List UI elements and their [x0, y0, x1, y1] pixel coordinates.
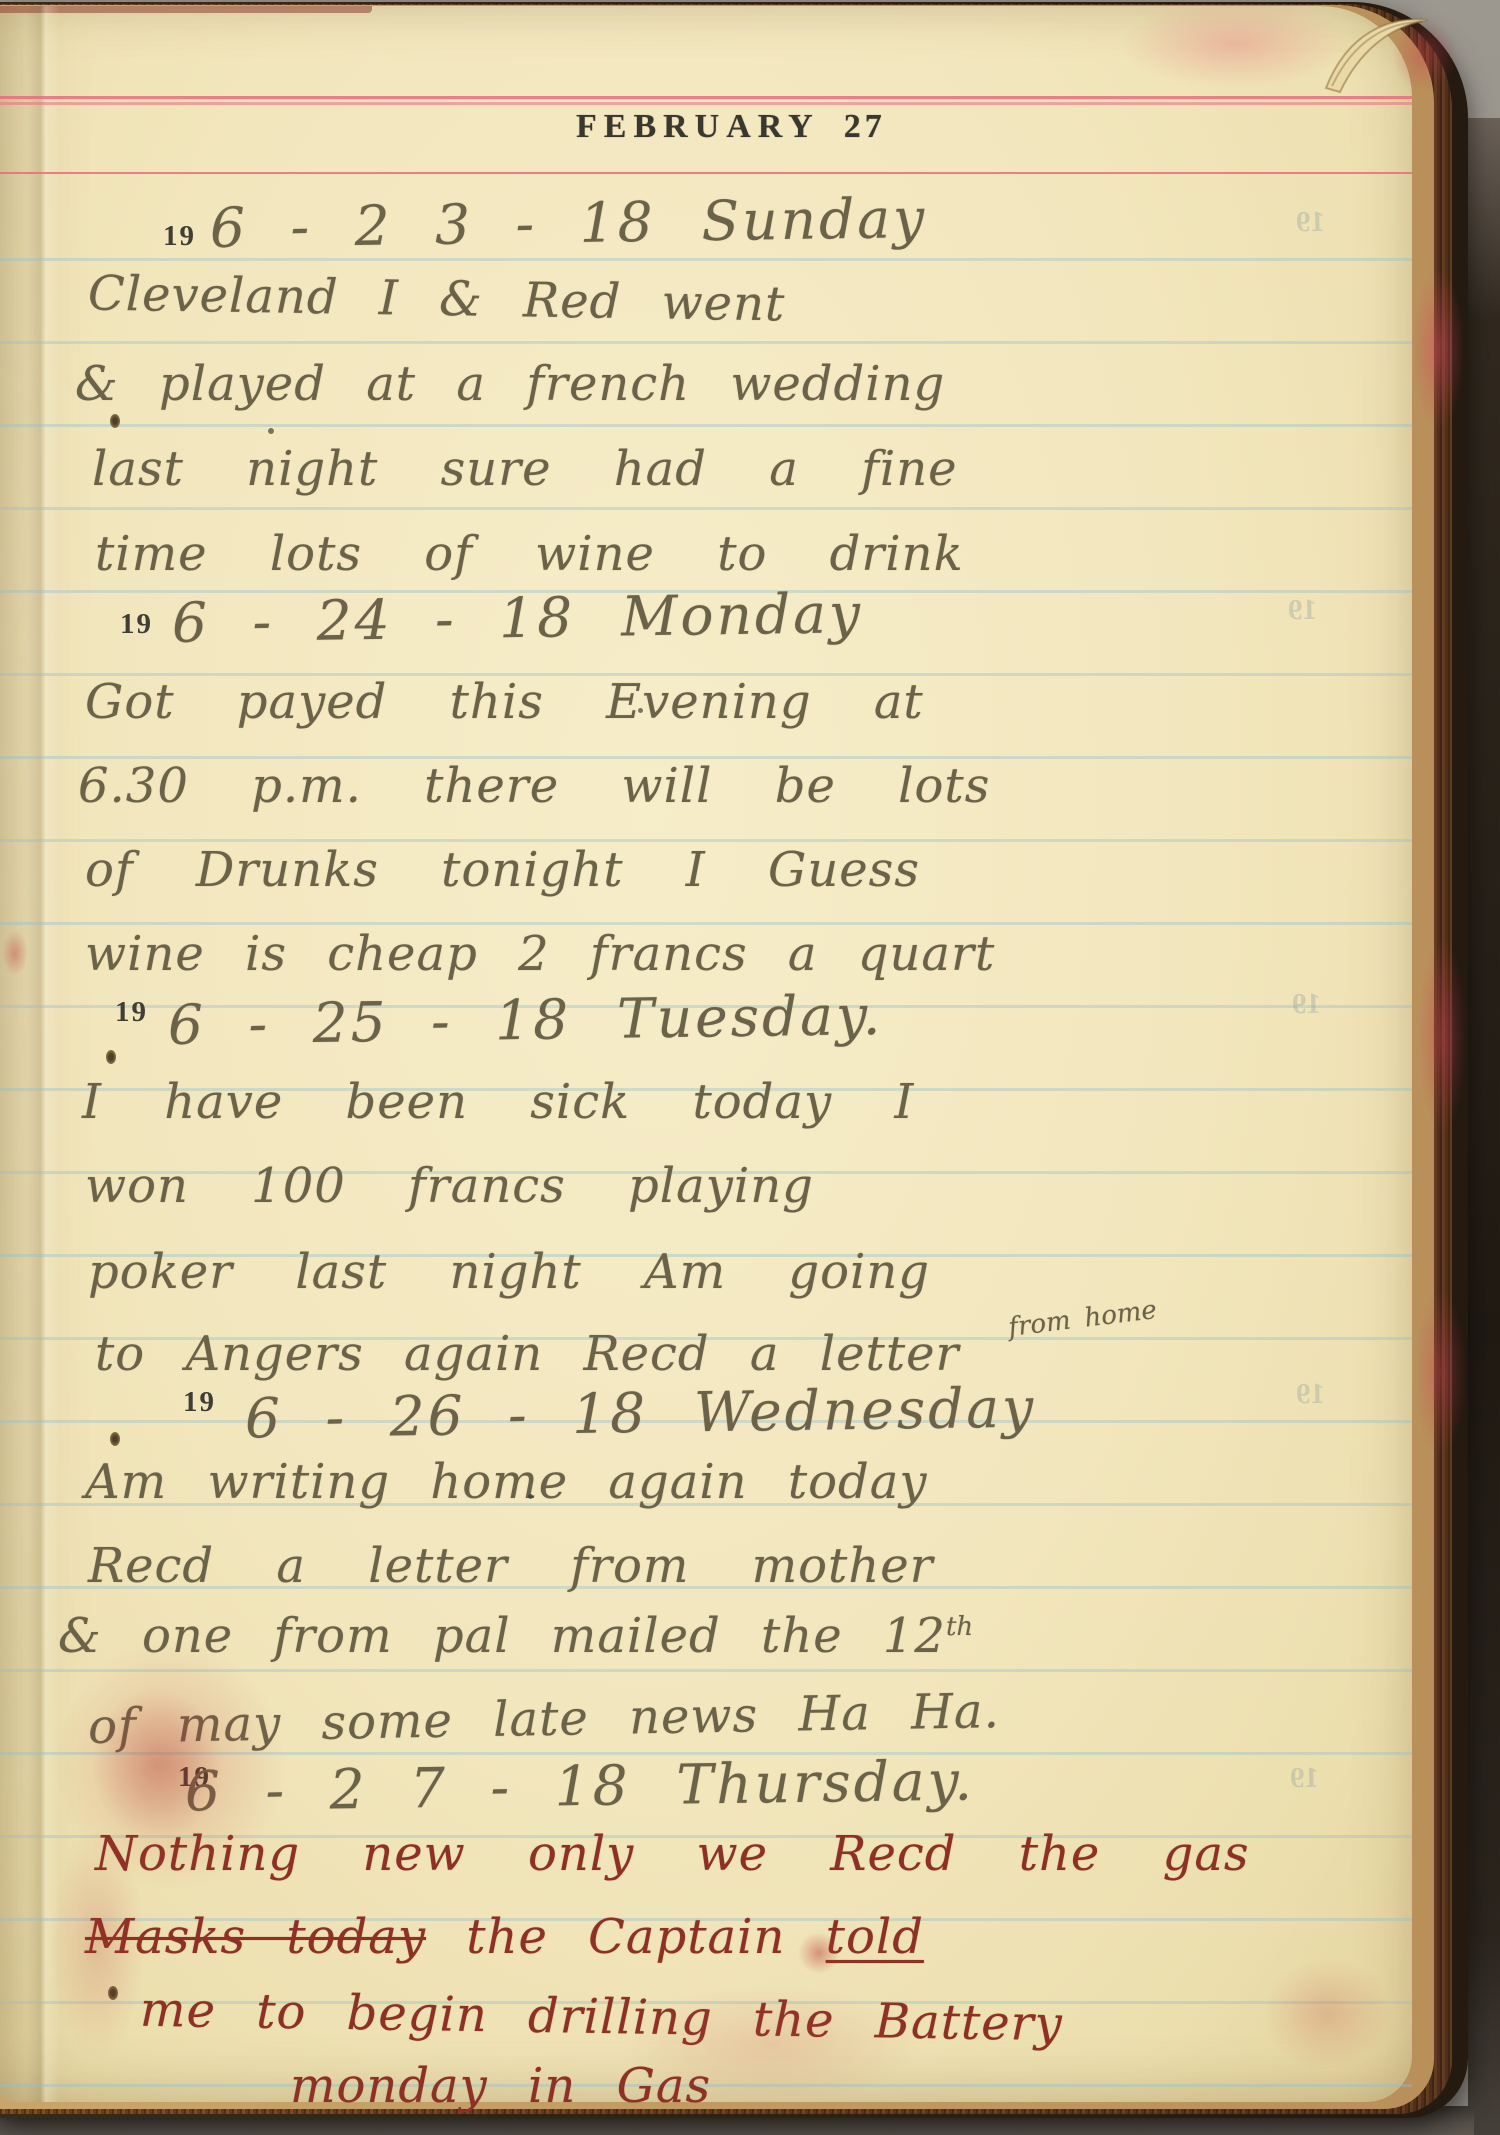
- entry-day: Wednesday: [694, 1375, 1037, 1444]
- printed-year-prefix: 19: [115, 996, 148, 1029]
- entry-date: 6 - 2 3 - 18: [210, 190, 656, 260]
- entry-line: last night sure had a fine: [92, 441, 958, 497]
- entry-line: Am writing home again today: [85, 1454, 927, 1510]
- printed-year-prefix: 19: [183, 1386, 216, 1419]
- entry-heading: 6 - 2 3 - 18Sunday: [210, 186, 928, 260]
- showthrough-year: 19: [1296, 1378, 1326, 1412]
- entry-day: Thursday.: [676, 1748, 975, 1816]
- entry-line: & one from pal mailed the 12th: [58, 1608, 973, 1664]
- pink-rule-top-1: [0, 96, 1412, 99]
- entry-date: 6 - 24 - 18: [172, 585, 576, 655]
- age-speck: [638, 708, 643, 713]
- entry-heading: 6 - 24 - 18Monday: [172, 581, 864, 655]
- entry-day: Monday: [621, 581, 864, 648]
- entry-date: 6 - 26 - 18: [245, 1381, 649, 1451]
- struck-text: Masks today: [85, 1909, 426, 1965]
- entry-line: won 100 francs playing: [85, 1158, 814, 1214]
- showthrough-year: 19: [1290, 1762, 1320, 1796]
- stitch-hole: [110, 414, 120, 428]
- underlined-text: told: [826, 1909, 924, 1965]
- entry-day: Sunday: [701, 186, 927, 253]
- entry-line-red: Nothing new only we Recd the gas: [95, 1826, 1250, 1882]
- entry-date: 6 - 25 - 18: [168, 987, 572, 1057]
- entry-line: poker last night Am going: [88, 1244, 930, 1300]
- entry-date: 6 - 2 7 - 18: [185, 1753, 631, 1823]
- entry-line: & played at a french wedding: [75, 356, 945, 412]
- printed-year-prefix: 19: [120, 608, 153, 641]
- entry-line-text: & one from pal mailed the 12: [58, 1608, 946, 1664]
- entry-line: Got payed this Evening at: [85, 674, 924, 730]
- entry-line-red: monday in Gas: [290, 2058, 711, 2114]
- entry-line: Cleveland I & Red went: [88, 266, 786, 333]
- entry-heading: 6 - 25 - 18Tuesday.: [168, 983, 884, 1057]
- pink-rule-top-2: [0, 102, 1412, 105]
- entry-line: Recd a letter from mother: [88, 1538, 934, 1594]
- pink-rule-single: [0, 172, 1412, 174]
- book-cover-edge: [1468, 118, 1500, 2135]
- entry-line-red: Masks today the Captain told: [85, 1909, 924, 1965]
- entry-line: 6.30 p.m. there will be lots: [78, 758, 990, 814]
- entry-heading: 6 - 26 - 18Wednesday: [245, 1375, 1037, 1450]
- entry-line: time lots of wine to drink: [95, 526, 964, 582]
- showthrough-year: 19: [1296, 206, 1326, 240]
- stitch-hole: [108, 1986, 118, 2000]
- showthrough-year: 19: [1288, 594, 1318, 628]
- entry-line-text: the Captain: [466, 1909, 785, 1965]
- printed-year-prefix: 19: [163, 220, 196, 253]
- dogear-corner-curl: [1318, 8, 1438, 100]
- day-number: 27: [844, 108, 886, 145]
- entry-line: to Angers again Recd a letter: [95, 1326, 959, 1382]
- entry-line: I have been sick today I: [82, 1074, 914, 1130]
- diary-page-scan: FEBRUARY27 19 19 19 19 19 19 6 - 2 3 - 1…: [0, 0, 1500, 2135]
- age-speck: [528, 1494, 533, 1499]
- stitch-hole: [106, 1050, 116, 1064]
- age-speck: [268, 428, 274, 434]
- entry-heading: 6 - 2 7 - 18Thursday.: [185, 1748, 976, 1823]
- entry-line: of Drunks tonight I Guess: [85, 842, 920, 898]
- stitch-hole: [110, 1432, 120, 1446]
- paper-page: FEBRUARY27 19 19 19 19 19 19 6 - 2 3 - 1…: [0, 6, 1412, 2102]
- page-title: FEBRUARY27: [576, 108, 886, 146]
- entry-line: wine is cheap 2 francs a quart: [85, 926, 995, 982]
- entry-superscript: th: [946, 1612, 973, 1642]
- showthrough-year: 19: [1292, 988, 1322, 1022]
- entry-day: Tuesday.: [617, 983, 884, 1051]
- month-label: FEBRUARY: [576, 108, 820, 145]
